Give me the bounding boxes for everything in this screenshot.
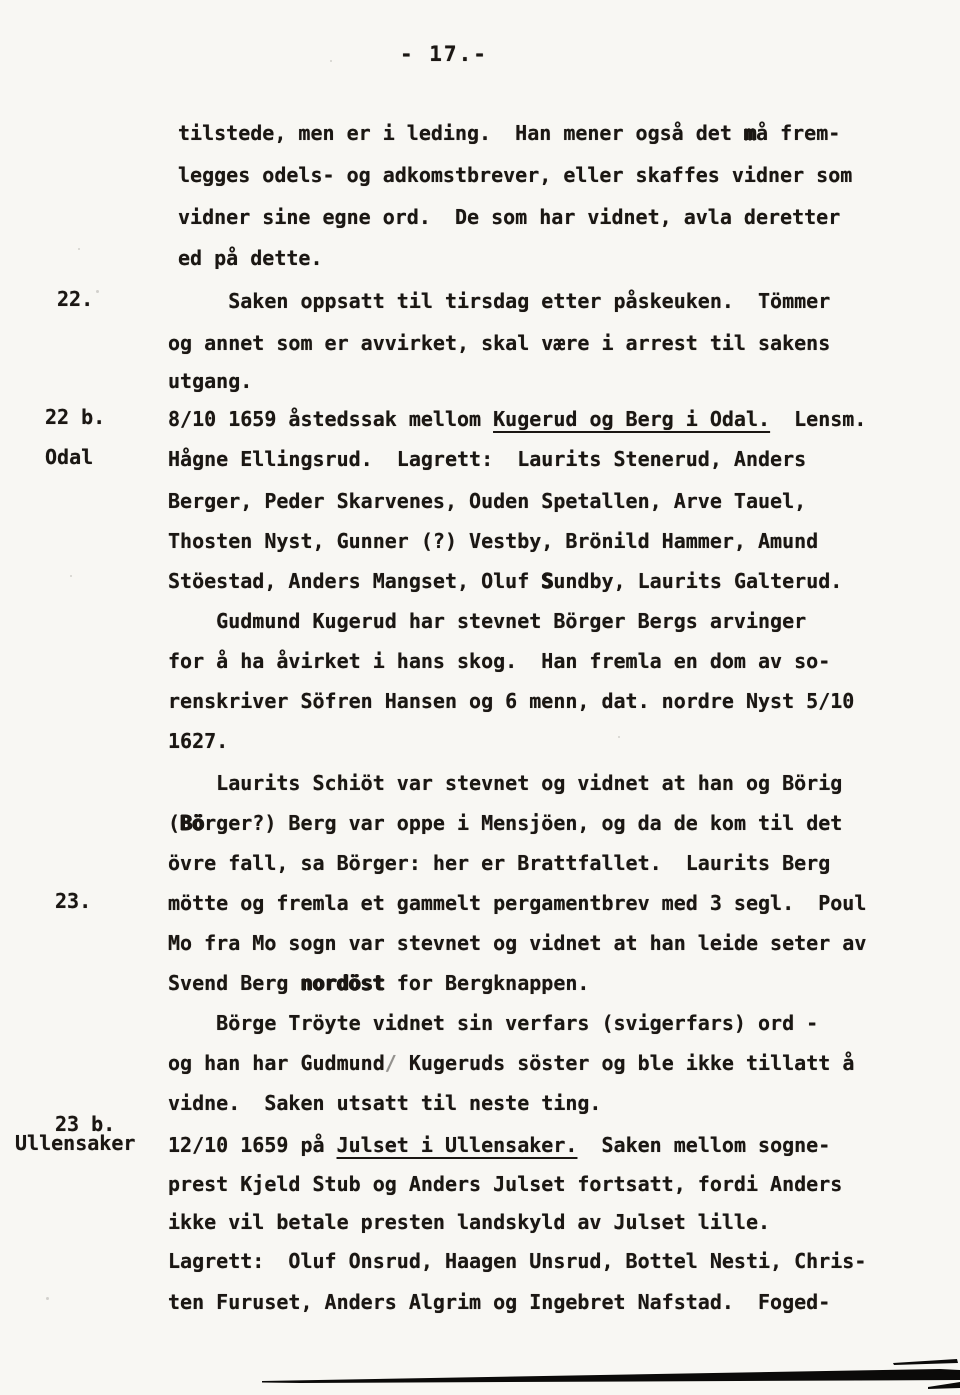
text-line: Mo fra Mo sogn var stevnet og vidnet at …: [168, 931, 866, 955]
text-segment: övre fall, sa Börger: her er Brattfallet…: [168, 851, 830, 875]
text-segment: utgang.: [168, 369, 252, 393]
text-line: prest Kjeld Stub og Anders Julset fortsa…: [168, 1172, 842, 1196]
text-line: vidner sine egne ord. De som har vidnet,…: [178, 205, 840, 229]
text-segment: ed på dette.: [178, 246, 323, 270]
text-segment: rger?) Berg var oppe i Mensjöen, og da d…: [204, 811, 842, 835]
text-segment: undby, Laurits Galterud.: [553, 569, 842, 593]
text-line: for å ha åvirket i hans skog. Han fremla…: [168, 649, 830, 673]
margin-label: Odal: [45, 445, 93, 469]
text-line: Thosten Nyst, Gunner (?) Vestby, Brönild…: [168, 529, 818, 553]
margin-label: 22 b.: [45, 405, 105, 429]
text-segment: renskriver Söfren Hansen og 6 menn, dat.…: [168, 689, 854, 713]
text-line: Börge Tröyte vidnet sin verfars (svigerf…: [168, 1011, 818, 1035]
text-segment: for å ha åvirket i hans skog. Han fremla…: [168, 649, 830, 673]
text-segment: Börge Tröyte vidnet sin verfars (svigerf…: [168, 1011, 818, 1035]
text-segment: Gudmund Kugerud har stevnet Börger Bergs…: [168, 609, 806, 633]
text-line: Hågne Ellingsrud. Lagrett: Laurits Stene…: [168, 447, 806, 471]
scan-speckle: [70, 575, 72, 577]
document-page: - 17.- 22.22 b.Odal23.23 b.Ullensakertil…: [0, 0, 960, 1395]
text-segment: 1627.: [168, 729, 228, 753]
text-segment: og annet som er avvirket, skal være i ar…: [168, 331, 830, 355]
text-segment: /: [385, 1051, 397, 1075]
text-segment: Bö: [180, 811, 204, 835]
text-line: Saken oppsatt til tirsdag etter påskeuke…: [168, 289, 830, 313]
text-segment: Berger, Peder Skarvenes, Ouden Spetallen…: [168, 489, 806, 513]
text-segment: for Bergknappen.: [385, 971, 590, 995]
text-line: (Börger?) Berg var oppe i Mensjöen, og d…: [168, 811, 842, 835]
underlined-text: Julset i Ullensaker.: [337, 1133, 578, 1157]
text-line: Laurits Schiöt var stevnet og vidnet at …: [168, 771, 842, 795]
text-line: 1627.: [168, 729, 228, 753]
text-segment: Hågne Ellingsrud. Lagrett: Laurits Stene…: [168, 447, 806, 471]
page-number: - 17.-: [400, 42, 488, 66]
margin-label: 22.: [57, 287, 93, 311]
text-line: övre fall, sa Börger: her er Brattfallet…: [168, 851, 830, 875]
text-line: og annet som er avvirket, skal være i ar…: [168, 331, 830, 355]
text-line: Lagrett: Oluf Onsrud, Haagen Unsrud, Bot…: [168, 1249, 866, 1273]
text-line: Svend Berg nordöst for Bergknappen.: [168, 971, 589, 995]
text-line: utgang.: [168, 369, 252, 393]
text-segment: prest Kjeld Stub og Anders Julset fortsa…: [168, 1172, 842, 1196]
scan-speckle: [330, 60, 332, 62]
text-segment: (: [168, 811, 180, 835]
margin-label: Ullensaker: [15, 1131, 135, 1155]
scan-artifact-line: [0, 1355, 960, 1395]
text-segment: Saken oppsatt til tirsdag etter påskeuke…: [168, 289, 830, 313]
text-segment: Kugeruds söster og ble ikke tillatt å: [397, 1051, 855, 1075]
scan-speckle: [78, 248, 80, 250]
text-line: Berger, Peder Skarvenes, Ouden Spetallen…: [168, 489, 806, 513]
text-line: mötte og fremla et gammelt pergamentbrev…: [168, 891, 866, 915]
text-segment: vidne. Saken utsatt til neste ting.: [168, 1091, 601, 1115]
text-segment: 8/10 1659 åstedssak mellom: [168, 407, 493, 431]
text-segment: S: [541, 569, 553, 593]
text-line: renskriver Söfren Hansen og 6 menn, dat.…: [168, 689, 854, 713]
text-segment: Lagrett: Oluf Onsrud, Haagen Unsrud, Bot…: [168, 1249, 866, 1273]
text-line: ed på dette.: [178, 246, 323, 270]
text-segment: Thosten Nyst, Gunner (?) Vestby, Brönild…: [168, 529, 818, 553]
text-segment: tilstede, men er i leding. Han mener ogs…: [178, 121, 744, 145]
scan-speckle: [96, 290, 99, 293]
text-segment: m: [744, 121, 756, 145]
text-segment: ikke vil betale presten landskyld av Jul…: [168, 1210, 770, 1234]
margin-label: 23.: [55, 889, 91, 913]
text-line: ten Furuset, Anders Algrim og Ingebret N…: [168, 1290, 830, 1314]
text-segment: Stöestad, Anders Mangset, Oluf: [168, 569, 541, 593]
text-segment: ten Furuset, Anders Algrim og Ingebret N…: [168, 1290, 830, 1314]
scan-speckle: [618, 736, 620, 738]
text-segment: nordöst: [300, 971, 384, 995]
text-segment: å frem-: [756, 121, 840, 145]
text-segment: Lensm.: [770, 407, 866, 431]
text-line: 12/10 1659 på Julset i Ullensaker. Saken…: [168, 1133, 830, 1157]
text-segment: Laurits Schiöt var stevnet og vidnet at …: [168, 771, 842, 795]
text-line: tilstede, men er i leding. Han mener ogs…: [178, 121, 840, 145]
text-segment: Svend Berg: [168, 971, 300, 995]
scan-speckle: [46, 1297, 49, 1300]
text-segment: vidner sine egne ord. De som har vidnet,…: [178, 205, 840, 229]
text-segment: Saken mellom sogne-: [577, 1133, 830, 1157]
underlined-text: Kugerud og Berg i Odal.: [493, 407, 770, 431]
text-line: legges odels- og adkomstbrever, eller sk…: [178, 163, 852, 187]
text-line: Gudmund Kugerud har stevnet Börger Bergs…: [168, 609, 806, 633]
text-segment: 12/10 1659 på: [168, 1133, 337, 1157]
text-line: og han har Gudmund/ Kugeruds söster og b…: [168, 1051, 854, 1075]
text-segment: legges odels- og adkomstbrever, eller sk…: [178, 163, 852, 187]
text-segment: Mo fra Mo sogn var stevnet og vidnet at …: [168, 931, 866, 955]
text-line: ikke vil betale presten landskyld av Jul…: [168, 1210, 770, 1234]
text-segment: og han har Gudmund: [168, 1051, 385, 1075]
text-line: vidne. Saken utsatt til neste ting.: [168, 1091, 601, 1115]
text-segment: mötte og fremla et gammelt pergamentbrev…: [168, 891, 866, 915]
text-line: Stöestad, Anders Mangset, Oluf Sundby, L…: [168, 569, 842, 593]
text-line: 8/10 1659 åstedssak mellom Kugerud og Be…: [168, 407, 866, 431]
